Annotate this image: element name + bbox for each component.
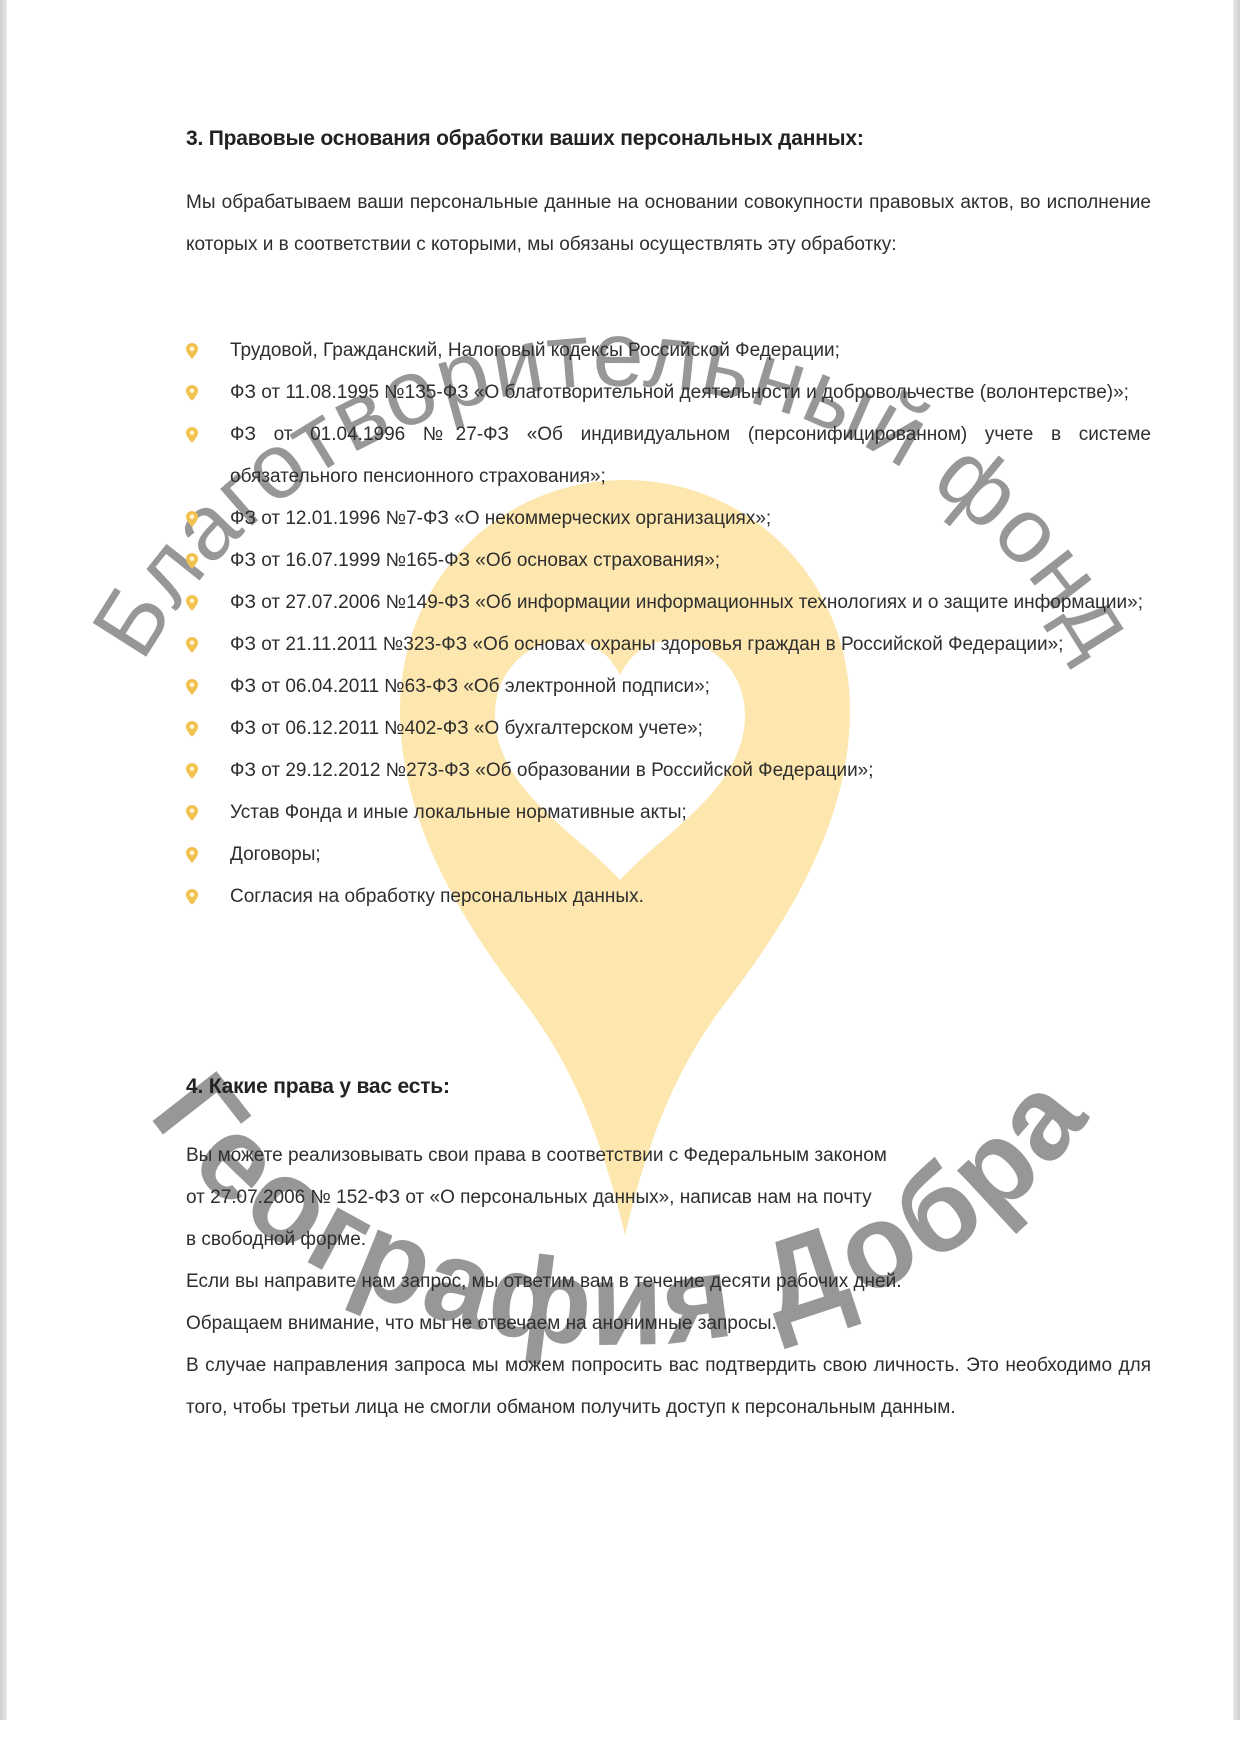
section3-intro: Мы обрабатываем ваши персональные данные… (186, 182, 1151, 266)
map-pin-bullet-icon (186, 385, 198, 401)
section4-heading: 4. Какие права у вас есть: (186, 1075, 450, 1099)
list-item: ФЗ от 01.04.1996 №27-ФЗ «Об индивидуальн… (186, 414, 1151, 498)
list-item: Согласия на обработку персональных данны… (186, 876, 1151, 918)
list-item: ФЗ от 29.12.2012 №273-ФЗ «Об образовании… (186, 750, 1151, 792)
list-item: Трудовой, Гражданский, Налоговый кодексы… (186, 330, 1151, 372)
map-pin-bullet-icon (186, 343, 198, 359)
section4-para4: В случае направления запроса мы можем по… (186, 1345, 1151, 1429)
map-pin-bullet-icon (186, 847, 198, 863)
map-pin-bullet-icon (186, 637, 198, 653)
map-pin-bullet-icon (186, 595, 198, 611)
section4-para1-line2: от 27.07.2006 № 152-ФЗ от «О персональны… (186, 1177, 1151, 1219)
list-item: ФЗ от 21.11.2011 №323-ФЗ «Об основах охр… (186, 624, 1151, 666)
list-item: ФЗ от 11.08.1995 №135-ФЗ «О благотворите… (186, 372, 1151, 414)
section4-para3: Обращаем внимание, что мы не отвечаем на… (186, 1303, 1151, 1345)
map-pin-bullet-icon (186, 679, 198, 695)
list-item: ФЗ от 27.07.2006 №149-ФЗ «Об информации … (186, 582, 1151, 624)
document-content: 3. Правовые основания обработки ваших пе… (0, 0, 1240, 1755)
map-pin-bullet-icon (186, 553, 198, 569)
section4-para2: Если вы направите нам запрос, мы ответим… (186, 1261, 1151, 1303)
list-item: ФЗ от 16.07.1999 №165-ФЗ «Об основах стр… (186, 540, 1151, 582)
map-pin-bullet-icon (186, 763, 198, 779)
section4-para1-line3: в свободной форме. (186, 1219, 1151, 1261)
map-pin-bullet-icon (186, 805, 198, 821)
map-pin-bullet-icon (186, 511, 198, 527)
section4-para1-line1: Вы можете реализовывать свои права в соо… (186, 1135, 1151, 1177)
list-item: ФЗ от 06.12.2011 №402-ФЗ «О бухгалтерско… (186, 708, 1151, 750)
list-item: Договоры; (186, 834, 1151, 876)
map-pin-bullet-icon (186, 721, 198, 737)
list-item: ФЗ от 12.01.1996 №7-ФЗ «О некоммерческих… (186, 498, 1151, 540)
map-pin-bullet-icon (186, 427, 198, 443)
map-pin-bullet-icon (186, 889, 198, 905)
section3-heading: 3. Правовые основания обработки ваших пе… (186, 127, 864, 151)
list-item: Устав Фонда и иные локальные нормативные… (186, 792, 1151, 834)
legal-basis-list: Трудовой, Гражданский, Налоговый кодексы… (186, 330, 1151, 918)
list-item: ФЗ от 06.04.2011 №63-ФЗ «Об электронной … (186, 666, 1151, 708)
